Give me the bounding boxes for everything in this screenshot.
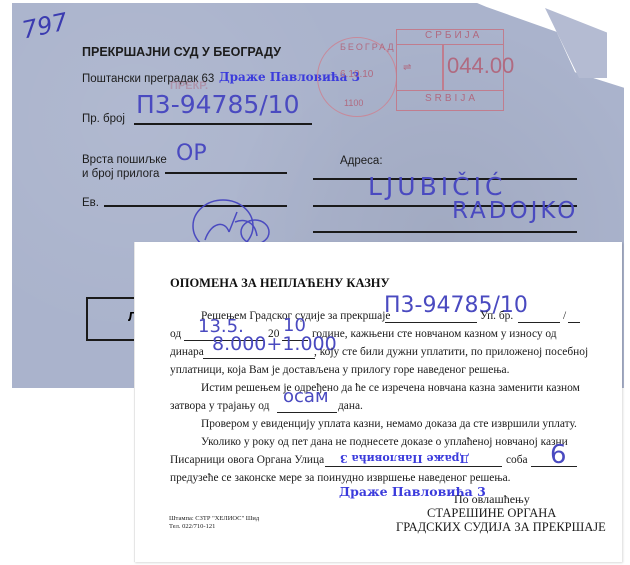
postage-meter-stamp: СРБИЈА ⇌ 044.00 SRBIJA bbox=[396, 29, 504, 111]
authorization-label: По овлашћењу bbox=[454, 492, 530, 507]
court-title: ПРЕКРШАЈНИ СУД У БЕОГРАДУ bbox=[82, 45, 281, 59]
shipment-type-label: Врста пошиљке и број прилога bbox=[82, 153, 167, 181]
signature bbox=[185, 192, 275, 244]
shipment-type-line bbox=[165, 172, 287, 174]
postmark: БЕОГРАД 6.10.10 1100 bbox=[317, 37, 397, 117]
case-number-label: Пр. број bbox=[82, 113, 125, 125]
postmark-code: 1100 bbox=[344, 98, 363, 108]
notice-title: ОПОМЕНА ЗА НЕПЛАЋЕНУ КАЗНУ bbox=[170, 276, 390, 291]
address-line-3 bbox=[313, 231, 577, 233]
address-label: Адреса: bbox=[340, 155, 383, 167]
recipient-first-name: RADOJKO bbox=[452, 198, 578, 224]
signatory-line-1: СТАРЕШИНЕ ОРГАНА bbox=[427, 506, 556, 521]
case-number-value: П3-94785/10 bbox=[136, 90, 300, 119]
shipment-type-value: ОР bbox=[176, 141, 207, 166]
ev-label: Ев. bbox=[82, 197, 99, 209]
case-number-line bbox=[134, 123, 312, 125]
room-number: 6 bbox=[550, 440, 567, 470]
signatory-line-2: ГРАДСКИХ СУДИЈА ЗА ПРЕКРШАЈЕ bbox=[396, 520, 606, 535]
printer-info: Штампа: СЗТР "ХЕЛИОС" Шид Тел. 022/710-1… bbox=[169, 515, 259, 531]
meter-amount: 044.00 bbox=[447, 53, 514, 79]
street-stamp: Драже Павловића 3 bbox=[340, 452, 469, 465]
jail-days: осам bbox=[283, 386, 329, 407]
post-horn-icon: ⇌ bbox=[403, 62, 411, 73]
recipient-surname: LJUBIČIĆ bbox=[368, 172, 506, 201]
postmark-date: 6.10.10 bbox=[340, 69, 373, 80]
